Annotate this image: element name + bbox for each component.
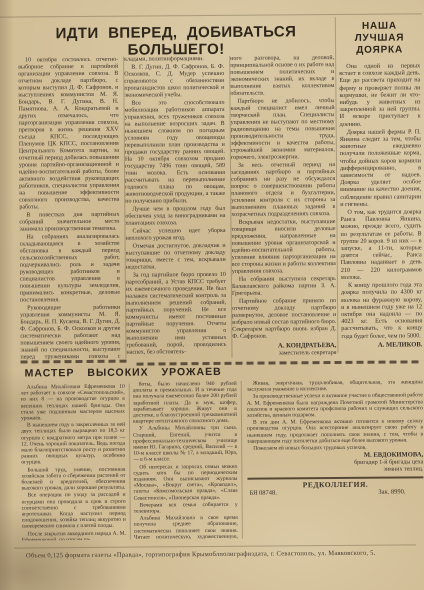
paragraph: Партбюро не добилось, чтобы каждый специ… [230, 98, 334, 162]
paragraph: У Альбины Михайловны три сына. Старший, … [133, 425, 237, 463]
newspaper-sheet: ИДТИ ВПЕРЕД, ДОБИВАТЬСЯ БОЛЬШЕГО! 10 окт… [0, 0, 424, 590]
paragraph: кладами, политинформациями. [124, 56, 224, 64]
column-rule [129, 384, 131, 540]
paragraph: За весь отчетный период на заседаниях па… [231, 162, 335, 219]
paragraph: Она одной из первых встает в совхозе каж… [339, 62, 421, 127]
article1-signature: А. КОНДРАТЬЕВА, [232, 342, 336, 350]
dairymaid-article: НАША ЛУЧШАЯ ДОЯРКА Она одной из первых в… [339, 20, 423, 355]
footer-imprint: Объем 0,125 формата газеты «Правда», гор… [26, 549, 418, 559]
paragraph: Руководящие работники управления коммуни… [20, 305, 120, 360]
article2-title: МАСТЕР ВЫСОКИХ УРОЖАЕВ [25, 366, 245, 380]
paragraph: Отмечая достигнутое, докладчик и выступа… [126, 243, 226, 272]
article2-columns: Альбина Михайловна Ефременкова 10 лет ра… [21, 379, 423, 382]
article2-col1: Альбина Михайловна Ефременкова 10 лет ра… [21, 384, 126, 541]
paragraph: На собрании выступила секретарь Балаклав… [232, 276, 336, 298]
paragraph: Вечерами вся семья собирается у телевизо… [134, 502, 238, 515]
dashed-divider-left [21, 360, 131, 364]
paragraph: 10 октября состоялось отчетно-выборное с… [18, 57, 119, 212]
paragraph: Лучше чем в прошлом году был обеспечен у… [125, 206, 225, 228]
dairymaid-signature: А. МЕЛИКОВ. [341, 341, 422, 349]
article2-col3: Живая, энергичная, трудолюбивая, общител… [247, 379, 424, 497]
paragraph: О том, как трудится доярка Раиса Павловн… [340, 208, 422, 281]
paragraph: В. Г. Дугин, Д. Ф. Сафронов, Б. Ф. Оскол… [124, 64, 224, 100]
order-code: Зак. 8990. [378, 490, 405, 496]
paragraph: Альбина Михайловна в свое время получила… [134, 515, 238, 540]
top-rule [0, 13, 422, 17]
paragraph: Вскрывая недостатки, выступавшие товарищ… [231, 219, 335, 276]
paragraph: В повестках дня партийных собраний значи… [19, 212, 119, 234]
paragraph: Большой труд, умение, постоянная хозяйск… [21, 466, 125, 492]
dashed-divider-right [137, 360, 423, 365]
footer-rule [14, 544, 416, 548]
paragraph: Живая, энергичная, трудолюбивая, общител… [247, 379, 423, 393]
paragraph: Доярка нашей фермы Р. П. Янкина следит з… [340, 128, 422, 208]
paragraph: К концу прошлого года эта доярка получил… [341, 281, 422, 339]
article1-col3: ного разговора, на деловой, принципиальн… [230, 55, 336, 358]
paragraph: На собраниях анализировалась складывающа… [20, 234, 121, 305]
article1-columns: 10 октября состоялось отчетно-выборное с… [18, 55, 336, 359]
article1-col1: 10 октября состоялось отчетно-выборное с… [18, 57, 126, 360]
paragraph: В эти дни А. М. Ефременкова активно гото… [247, 419, 423, 445]
article1-col2: кладами, политинформациями. В. Г. Дугин,… [124, 56, 232, 359]
main-headline: ИДТИ ВПЕРЕД, ДОБИВАТЬСЯ БОЛЬШЕГО! [18, 23, 334, 59]
paragraph: Все операции по уходу за рассадой и огур… [22, 492, 126, 530]
paragraph: Партийное собрание приняло по отчетному … [232, 298, 336, 341]
paragraph: После закрытия аккордного наряда А. М. Е… [22, 530, 126, 540]
paragraph: Сейчас успешно идет уборка неплохого уро… [125, 228, 225, 243]
paragraph: Об интересах и запросах семьи можно суди… [133, 463, 237, 501]
column-rule [241, 381, 243, 539]
paragraph: Все это способствовало мобилизации работ… [124, 100, 225, 206]
paragraph: Альбина Михайловна Ефременкова 10 лет ра… [21, 384, 125, 422]
index-code: БЯ 08748. [250, 491, 277, 497]
paragraph: В нынешнем году в закрепленных за ней дв… [21, 422, 125, 466]
article2-col2: боты, было начислено 940 рублей доплаты … [133, 381, 238, 540]
dairymaid-title: НАША ЛУЧШАЯ ДОЯРКА [339, 20, 420, 57]
editorial-rule: РЕДКОЛЛЕГИЯ. БЯ 08748. Зак. 8990. [247, 476, 423, 497]
paragraph: За год партийное бюро провело 10 партсоб… [126, 272, 227, 357]
paragraph: ного разговора, на деловой, принципиальн… [230, 55, 334, 98]
paragraph: За производственные успехи и активное уч… [247, 393, 423, 419]
newspaper-scan: ИДТИ ВПЕРЕД, ДОБИВАТЬСЯ БОЛЬШЕГО! 10 окт… [0, 0, 424, 590]
paragraph: боты, было начислено 940 рублей доплаты … [133, 381, 237, 425]
article2-signature-role: зимних теплиц. [247, 466, 423, 474]
